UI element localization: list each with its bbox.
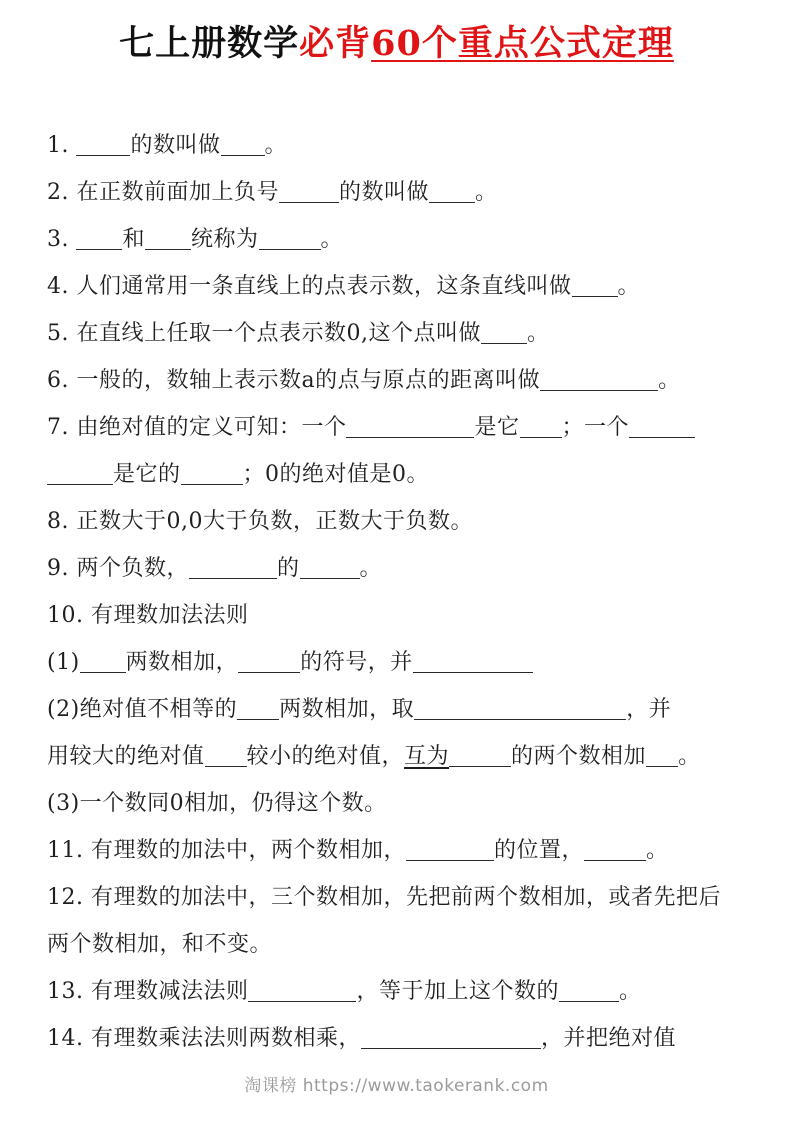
text-segment: 2. 在正数前面加上负号 <box>47 180 279 205</box>
worksheet-line: 14. 有理数乘法法则两数相乘，，并把绝对值 <box>47 1015 746 1062</box>
blank-field <box>481 327 527 344</box>
blank-field <box>413 656 533 673</box>
blank-field <box>629 421 695 438</box>
text-segment: 互为 <box>404 744 449 769</box>
page-title: 七上册数学必背60个重点公式定理 <box>0 0 793 66</box>
text-segment: 6. 一般的，数轴上表示数a的点与原点的距离叫做 <box>47 368 540 393</box>
title-red-underlined-text: 60个重点公式定理 <box>371 23 674 64</box>
text-segment: ，并把绝对值 <box>541 1026 676 1051</box>
text-segment: 是它 <box>474 415 519 440</box>
text-segment: 。 <box>618 274 641 299</box>
text-segment: 9. 两个负数， <box>47 556 189 581</box>
text-segment: 11. 有理数的加法中，两个数相加， <box>47 838 406 863</box>
blank-field <box>80 656 126 673</box>
blank-field <box>346 421 474 438</box>
text-segment: 。 <box>527 321 550 346</box>
text-segment: (3)一个数同0相加，仍得这个数。 <box>47 791 387 816</box>
blank-field <box>205 750 247 767</box>
text-segment: ，并 <box>626 697 671 722</box>
blank-field <box>76 139 130 156</box>
worksheet-line: (1)两数相加，的符号，并 <box>47 639 746 686</box>
worksheet-line: (3)一个数同0相加，仍得这个数。 <box>47 780 746 827</box>
text-segment: 。 <box>321 227 344 252</box>
text-segment: 。 <box>265 133 288 158</box>
text-segment: 8. 正数大于0,0大于负数，正数大于负数。 <box>47 509 473 534</box>
text-segment: 是它的 <box>113 462 181 487</box>
blank-field <box>361 1032 541 1049</box>
text-segment: ；一个 <box>562 415 630 440</box>
blank-field <box>414 703 626 720</box>
text-segment: 。 <box>475 180 498 205</box>
blank-field <box>145 233 191 250</box>
worksheet-line: 12. 有理数的加法中，三个数相加，先把前两个数相加，或者先把后 <box>47 874 746 921</box>
blank-field <box>237 703 279 720</box>
worksheet-line: 8. 正数大于0,0大于负数，正数大于负数。 <box>47 498 746 545</box>
worksheet-line: 9. 两个负数，的。 <box>47 545 746 592</box>
blank-field <box>248 985 356 1002</box>
blank-field <box>221 139 265 156</box>
worksheet-line: 13. 有理数减法法则，等于加上这个数的。 <box>47 968 746 1015</box>
blank-field <box>520 421 562 438</box>
blank-field <box>181 468 243 485</box>
blank-field <box>449 750 511 767</box>
text-segment: 的符号，并 <box>300 650 413 675</box>
blank-field <box>559 985 619 1002</box>
text-segment: ；0的绝对值是0。 <box>243 462 430 487</box>
worksheet-line: 10. 有理数加法法则 <box>47 592 746 639</box>
text-segment: 5. 在直线上任取一个点表示数0,这个点叫做 <box>47 321 481 346</box>
text-segment: 12. 有理数的加法中，三个数相加，先把前两个数相加，或者先把后 <box>47 885 721 910</box>
text-segment: 7. 由绝对值的定义可知：一个 <box>47 415 346 440</box>
blank-field <box>406 844 494 861</box>
text-segment: (1) <box>47 650 80 675</box>
blank-field <box>429 186 475 203</box>
text-segment: 。 <box>619 979 642 1004</box>
blank-field <box>646 750 678 767</box>
text-segment: 3. <box>47 227 76 252</box>
worksheet-line: 3. 和统称为。 <box>47 216 746 263</box>
text-segment: 的两个数相加 <box>511 744 646 769</box>
worksheet-line: 2. 在正数前面加上负号的数叫做。 <box>47 169 746 216</box>
worksheet-body: 1. 的数叫做。2. 在正数前面加上负号的数叫做。3. 和统称为。4. 人们通常… <box>0 122 793 1062</box>
blank-field <box>300 562 360 579</box>
title-red-text: 必背 <box>299 23 371 64</box>
blank-field <box>259 233 321 250</box>
text-segment: 4. 人们通常用一条直线上的点表示数，这条直线叫做 <box>47 274 572 299</box>
text-segment: 。 <box>360 556 383 581</box>
title-black-text: 七上册数学 <box>119 23 299 64</box>
worksheet-line: 7. 由绝对值的定义可知：一个是它；一个 <box>47 404 746 451</box>
text-segment: 用较大的绝对值 <box>47 744 205 769</box>
text-segment: 14. 有理数乘法法则两数相乘， <box>47 1026 361 1051</box>
text-segment: 的 <box>277 556 300 581</box>
blank-field <box>76 233 122 250</box>
footer-watermark: 淘课榜 https://www.taokerank.com <box>0 1071 793 1096</box>
worksheet-line: 4. 人们通常用一条直线上的点表示数，这条直线叫做。 <box>47 263 746 310</box>
text-segment: 和 <box>122 227 145 252</box>
text-segment: 1. <box>47 133 76 158</box>
text-segment: 两数相加， <box>126 650 239 675</box>
blank-field <box>584 844 646 861</box>
text-segment: 。 <box>658 368 681 393</box>
blank-field <box>238 656 300 673</box>
text-segment: 的位置， <box>494 838 584 863</box>
text-segment: 两数相加，取 <box>279 697 414 722</box>
blank-field <box>189 562 277 579</box>
text-segment: ，等于加上这个数的 <box>356 979 559 1004</box>
worksheet-line: 两个数相加，和不变。 <box>47 921 746 968</box>
text-segment: 统称为 <box>191 227 259 252</box>
worksheet-line: 1. 的数叫做。 <box>47 122 746 169</box>
text-segment: 的数叫做 <box>339 180 429 205</box>
text-segment: 13. 有理数减法法则 <box>47 979 248 1004</box>
text-segment: (2)绝对值不相等的 <box>47 697 237 722</box>
worksheet-line: 6. 一般的，数轴上表示数a的点与原点的距离叫做。 <box>47 357 746 404</box>
blank-field <box>279 186 339 203</box>
blank-field <box>47 468 113 485</box>
worksheet-line: 5. 在直线上任取一个点表示数0,这个点叫做。 <box>47 310 746 357</box>
text-segment: 。 <box>678 744 701 769</box>
text-segment: 较小的绝对值， <box>247 744 405 769</box>
worksheet-line: 用较大的绝对值较小的绝对值，互为的两个数相加。 <box>47 733 746 780</box>
worksheet-line: 是它的；0的绝对值是0。 <box>47 451 746 498</box>
text-segment: 两个数相加，和不变。 <box>47 932 272 957</box>
blank-field <box>540 374 658 391</box>
text-segment: 的数叫做 <box>130 133 220 158</box>
worksheet-line: 11. 有理数的加法中，两个数相加，的位置，。 <box>47 827 746 874</box>
text-segment: 。 <box>646 838 669 863</box>
text-segment: 10. 有理数加法法则 <box>47 603 248 628</box>
worksheet-line: (2)绝对值不相等的两数相加，取，并 <box>47 686 746 733</box>
blank-field <box>572 280 618 297</box>
